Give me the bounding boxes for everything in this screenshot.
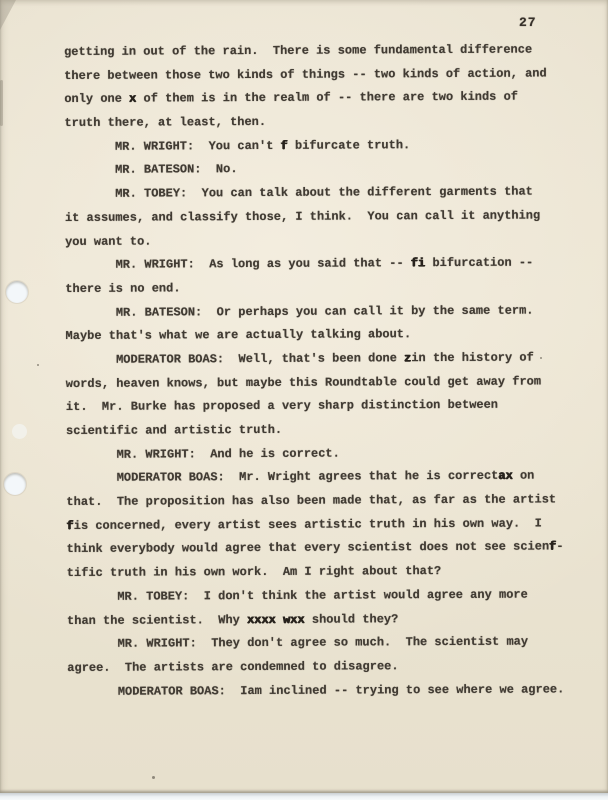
typed-segment: getting in out of the rain. There is som… (64, 43, 532, 59)
typed-line: truth there, at least, then. (64, 109, 594, 135)
typed-text: getting in out of the rain. There is som… (64, 38, 597, 704)
punch-hole (4, 473, 26, 495)
typed-line: agree. The artists are condemned to disa… (67, 654, 597, 680)
typed-segment: that. The proposition has also been made… (66, 492, 556, 509)
typed-line: MR. WRIGHT: As long as you said that -- … (65, 251, 595, 277)
punch-hole-faint (12, 424, 27, 439)
typed-line: scientific and artistic truth. (66, 417, 596, 443)
typed-line: MR. WRIGHT: You can't f bifurcate truth. (64, 133, 594, 159)
typed-line: Maybe that's what we are actually talkin… (65, 322, 595, 348)
typed-segment: should they? (305, 612, 399, 626)
typed-segment: MR. TOBEY: You can talk about the differ… (65, 185, 533, 201)
typed-line: MR. BATESON: Or perhaps you can call it … (65, 299, 595, 325)
typed-segment: MODERATOR BOAS: Well, that's been done (66, 351, 405, 367)
ink-speck (540, 357, 542, 359)
typed-segment: MODERATOR BOAS: Iam inclined -- trying t… (67, 682, 564, 699)
typed-segment: MODERATOR BOAS: Mr. Wright agrees that h… (66, 469, 498, 485)
overstrike-text: z (404, 351, 411, 365)
page-edge-shadow (0, 80, 3, 126)
typed-segment: - (556, 540, 563, 554)
typed-line: there between those two kinds of things … (64, 62, 594, 88)
typed-line: MR. WRIGHT: They don't agree so much. Th… (67, 630, 597, 656)
overstrike-text: wxx (283, 612, 305, 626)
typed-line: fis concerned, every artist sees artisti… (66, 512, 596, 538)
paper-sheet: 27 getting in out of the rain. There is … (0, 0, 608, 793)
page-corner-shadow (0, 0, 16, 30)
typed-line: MR. TOBEY: You can talk about the differ… (65, 180, 595, 206)
typed-segment: MR. WRIGHT: And he is correct. (66, 446, 340, 461)
typed-line: it. Mr. Burke has proposed a very sharp … (66, 394, 596, 420)
typed-segment: truth there, at least, then. (64, 115, 266, 130)
typed-line: MODERATOR BOAS: Iam inclined -- trying t… (67, 678, 597, 704)
typed-line: words, heaven knows, but maybe this Roun… (66, 370, 596, 396)
typed-segment: Maybe that's what we are actually talkin… (66, 327, 412, 343)
page-number: 27 (519, 15, 537, 30)
overstrike-text: f (549, 540, 556, 554)
overstrike-text: fi (411, 256, 425, 270)
typed-line: MR. BATESON: No. (65, 157, 595, 183)
typed-segment: it assumes, and classify those, I think.… (65, 208, 540, 224)
typed-segment: MR. BATESON: No. (65, 163, 238, 178)
typed-segment: agree. The artists are condemned to disa… (67, 659, 398, 675)
typed-segment: bifurcate truth. (288, 138, 410, 153)
typed-segment: you want to. (65, 234, 151, 248)
typed-segment: there between those two kinds of things … (64, 66, 547, 83)
ink-speck (37, 364, 39, 366)
typed-segment: than the scientist. Why (67, 613, 247, 628)
typed-segment: on (513, 469, 535, 483)
typed-line: MODERATOR BOAS: Mr. Wright agrees that h… (66, 465, 596, 491)
typed-segment: in the history of (411, 350, 533, 365)
typed-line: it assumes, and classify those, I think.… (65, 204, 595, 230)
typed-segment: it. Mr. Burke has proposed a very sharp … (66, 398, 498, 414)
typed-line: than the scientist. Why xxxx wxx should … (67, 607, 597, 633)
typed-segment: there is no end. (65, 281, 180, 296)
overstrike-text: x (129, 92, 136, 106)
typed-line: getting in out of the rain. There is som… (64, 38, 594, 64)
overstrike-text: ax (498, 469, 512, 483)
typed-line: MR. WRIGHT: And he is correct. (66, 441, 596, 467)
typed-line: that. The proposition has also been made… (66, 488, 596, 514)
typed-segment: MR. WRIGHT: As long as you said that -- (65, 256, 411, 272)
typed-line: think everybody would agree that every s… (67, 536, 597, 562)
punch-hole (6, 281, 28, 303)
typed-line: you want to. (65, 228, 595, 254)
typed-segment: scientific and artistic truth. (66, 423, 282, 438)
typed-segment: tific truth in his own work. Am I right … (67, 564, 442, 580)
typed-segment: think everybody would agree that every s… (67, 540, 550, 557)
typed-segment: MR. WRIGHT: You can't (65, 139, 281, 154)
typed-segment: MR. TOBEY: I don't think the artist woul… (67, 587, 528, 603)
typed-line: only one x of them is in the realm of --… (64, 86, 594, 112)
typed-segment: is concerned, every artist sees artistic… (74, 516, 542, 532)
typed-line: MODERATOR BOAS: Well, that's been done z… (66, 346, 596, 372)
ink-speck (152, 776, 155, 779)
typed-segment: of them is in the realm of -- there are … (136, 90, 518, 106)
typed-line: there is no end. (65, 275, 595, 301)
typed-segment: only one (64, 92, 129, 106)
scanner-bed-strip (0, 793, 608, 800)
typed-segment: MR. WRIGHT: They don't agree so much. Th… (67, 635, 528, 651)
typed-segment: words, heaven knows, but maybe this Roun… (66, 374, 541, 390)
typed-line: tific truth in his own work. Am I right … (67, 559, 597, 585)
typed-line: MR. TOBEY: I don't think the artist woul… (67, 583, 597, 609)
typed-segment: bifurcation -- (425, 256, 533, 271)
overstrike-text: xxxx (247, 612, 276, 626)
typed-segment: MR. BATESON: Or perhaps you can call it … (65, 303, 533, 319)
